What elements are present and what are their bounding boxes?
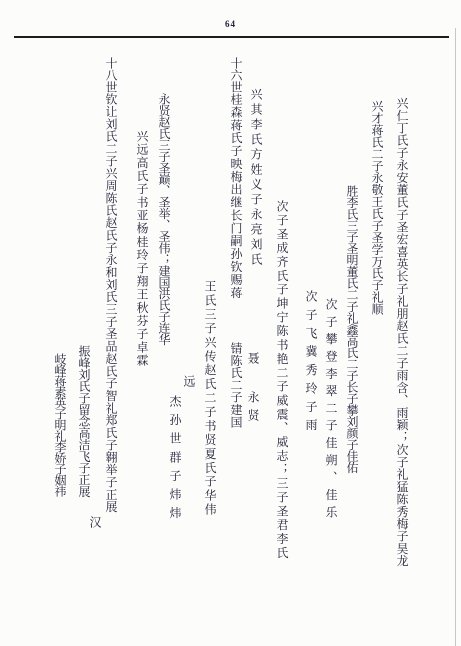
genealogy-entry-column: 远 [182,375,195,387]
genealogy-entry-column: 兴其李氏方姓义子永亮刘氏 [249,88,262,268]
generation-header: 十六世 [229,57,242,93]
page-right-edge [455,28,456,646]
genealogy-entry-column: 聂 [246,352,259,364]
genealogy-entry-column: 桂森蒋氏子映梅出继长门嗣孙钦赐蒋 [229,93,242,299]
genealogy-entry-column: 次子圣成齐氏子坤宁陈书艳二子威震、威志；三子圣君李氏 [275,200,288,560]
genealogy-page: 64 兴仁丁氏子永安董氏子圣宏喜英长子礼朋赵氏二子雨含、雨颖；次子礼猛陈秀梅子昊… [0,0,461,646]
genealogy-entry-column: 钦让刘氏二子兴周陈氏赵氏子永和刘氏三子圣品赵氏子智礼郑氏子翱举子正展 [104,93,117,513]
genealogy-entry-column: 兴仁丁氏子永安董氏子圣宏喜英长子礼朋赵氏二子雨含、雨颖；次子礼猛陈秀梅子昊龙 [395,97,408,567]
genealogy-entry-column: 锖陈氏二子建国 [229,342,242,428]
genealogy-entry-column: 永贤赵氏三子圣巅、圣举、圣伟；建国洪氏子连华 [157,93,170,345]
genealogy-entry-column: 兴远高氏子书亚杨桂玲子翔王秋芬子卓霖 [135,130,148,367]
generation-header: 十八世 [104,57,117,93]
genealogy-entry-column: 兴才蒋氏二子永敬王氏子圣学万氏子礼顺 [370,100,383,315]
genealogy-entry-column: 汉 [88,516,101,528]
genealogy-entry-column: 次子飞冀秀玲子雨 [304,290,317,437]
text-columns: 兴仁丁氏子永安董氏子圣宏喜英长子礼朋赵氏二子雨含、雨颖；次子礼猛陈秀梅子昊龙兴才… [0,0,461,646]
genealogy-entry-column: 岐峰蒋素英子明礼李娇子姻祎 [53,353,66,496]
genealogy-entry-column: 次子攀登李翠二子佳朔、佳乐 [324,298,337,523]
genealogy-entry-column: 胜李氏三子圣明董氏二子礼鑫高氏二子长子攀刘颜子佳佑 [345,185,358,473]
genealogy-entry-column: 永贤 [246,391,259,427]
genealogy-entry-column: 王氏三子兴传赵氏二子书贤夏氏子华伟 [203,280,216,517]
genealogy-entry-column: 杰孙世群子炜炜 [168,395,181,525]
genealogy-entry-column: 振峰刘氏子留念高洁飞子正展 [77,345,90,497]
